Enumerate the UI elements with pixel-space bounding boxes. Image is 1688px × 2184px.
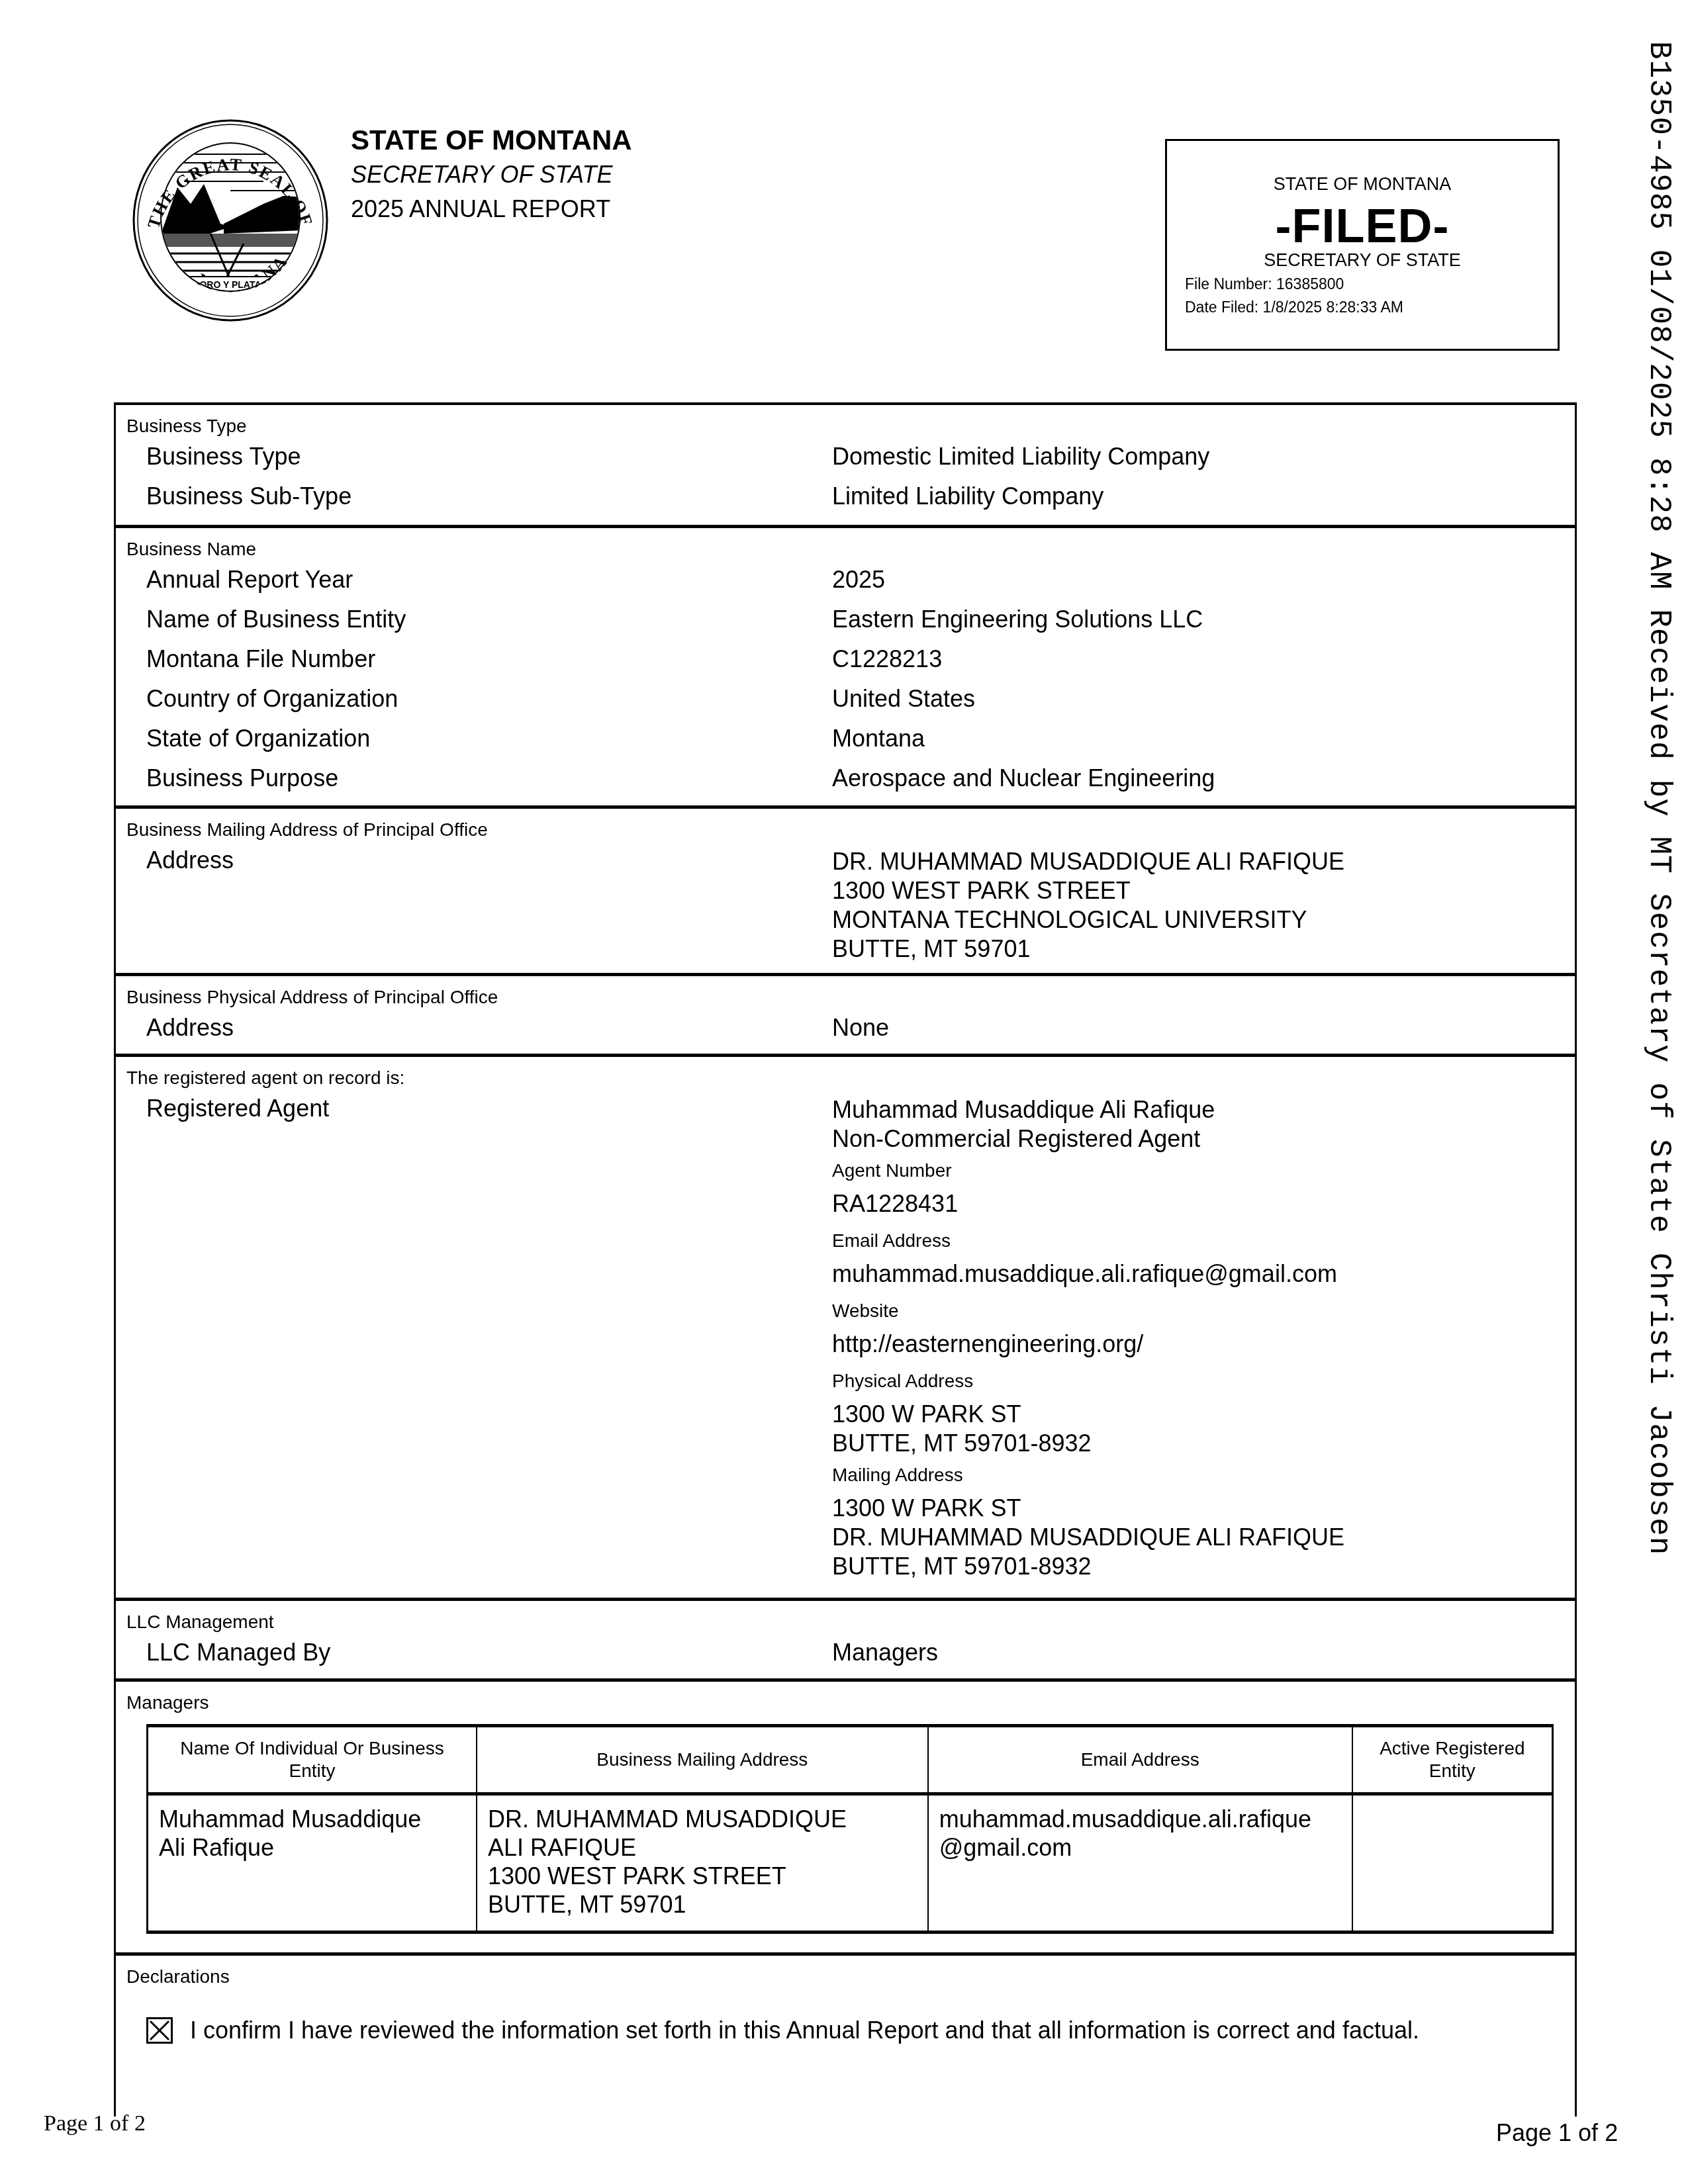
address-line: MONTANA TECHNOLOGICAL UNIVERSITY: [832, 905, 1575, 934]
field-row: Business Purpose Aerospace and Nuclear E…: [116, 758, 1575, 798]
cell-line: Ali Rafique: [159, 1833, 465, 1862]
agent-physical-label: Physical Address: [832, 1364, 1575, 1394]
field-label: Business Type: [116, 437, 832, 477]
cell-line: 1300 WEST PARK STREET: [488, 1862, 917, 1890]
cell-line: muhammad.musaddique.ali.rafique: [939, 1805, 1341, 1833]
field-row: Business Type Domestic Limited Liability…: [116, 437, 1575, 477]
field-row: Montana File Number C1228213: [116, 639, 1575, 679]
agent-website: http://easternengineering.org/: [832, 1324, 1575, 1364]
office-subtitle: SECRETARY OF STATE: [351, 158, 632, 192]
agent-website-label: Website: [832, 1294, 1575, 1324]
section-llc-management: LLC Management LLC Managed By Managers: [116, 1601, 1575, 1682]
field-value: Montana: [832, 719, 1575, 758]
section-title: Business Physical Address of Principal O…: [116, 976, 1575, 1008]
column-header: Business Mailing Address: [477, 1726, 928, 1794]
report-header: STATE OF MONTANA SECRETARY OF STATE 2025…: [351, 123, 632, 226]
field-label: Annual Report Year: [116, 560, 832, 600]
agent-mailing-label: Mailing Address: [832, 1458, 1575, 1488]
receipt-stamp: B1350-4985 01/08/2025 8:28 AM Received b…: [1642, 41, 1676, 1555]
field-value: Eastern Engineering Solutions LLC: [832, 600, 1575, 639]
state-title: STATE OF MONTANA: [351, 123, 632, 158]
section-business-name: Business Name Annual Report Year 2025 Na…: [116, 528, 1575, 809]
address-line: DR. MUHAMMAD MUSADDIQUE ALI RAFIQUE: [832, 1523, 1575, 1552]
address-line: BUTTE, MT 59701-8932: [832, 1429, 1575, 1458]
report-year-title: 2025 ANNUAL REPORT: [351, 192, 632, 226]
column-header: Email Address: [928, 1726, 1352, 1794]
section-title: Managers: [116, 1682, 1575, 1713]
field-row: LLC Managed By Managers: [116, 1633, 1575, 1672]
page-number-left: Page 1 of 2: [44, 2111, 146, 2136]
mailing-address-value: DR. MUHAMMAD MUSADDIQUE ALI RAFIQUE 1300…: [832, 841, 1575, 964]
filed-stamp: STATE OF MONTANA -FILED- SECRETARY OF ST…: [1165, 139, 1560, 351]
state-seal-logo: THE GREAT SEAL OF THE STATE OF MONTANA O…: [131, 118, 330, 323]
filed-date: Date Filed: 1/8/2025 8:28:33 AM: [1185, 298, 1403, 316]
field-value: Domestic Limited Liability Company: [832, 437, 1575, 477]
field-label: Business Purpose: [116, 758, 832, 798]
column-header: Name Of Individual Or Business Entity: [148, 1726, 477, 1794]
field-label: LLC Managed By: [116, 1633, 832, 1672]
registered-agent-details: Muhammad Musaddique Ali Rafique Non-Comm…: [832, 1089, 1575, 1581]
annual-report-form: Business Type Business Type Domestic Lim…: [114, 402, 1577, 2116]
section-managers: Managers Name Of Individual Or Business …: [116, 1682, 1575, 1956]
field-row: Annual Report Year 2025: [116, 560, 1575, 600]
page-number-right: Page 1 of 2: [1496, 2119, 1618, 2147]
address-line: 1300 W PARK ST: [832, 1394, 1575, 1429]
cell-line: DR. MUHAMMAD MUSADDIQUE: [488, 1805, 917, 1833]
agent-email: muhammad.musaddique.ali.rafique@gmail.co…: [832, 1254, 1575, 1294]
field-row: Registered Agent Muhammad Musaddique Ali…: [116, 1089, 1575, 1581]
cell-line: BUTTE, MT 59701: [488, 1890, 917, 1919]
agent-name: Muhammad Musaddique Ali Rafique: [832, 1095, 1575, 1124]
filed-stamp-office: SECRETARY OF STATE: [1167, 250, 1558, 271]
field-row: Name of Business Entity Eastern Engineer…: [116, 600, 1575, 639]
address-line: BUTTE, MT 59701-8932: [832, 1552, 1575, 1581]
field-value: C1228213: [832, 639, 1575, 679]
section-title: Declarations: [116, 1956, 1575, 1987]
section-registered-agent: The registered agent on record is: Regis…: [116, 1057, 1575, 1601]
cell-line: ALI RAFIQUE: [488, 1833, 917, 1862]
section-business-type: Business Type Business Type Domestic Lim…: [116, 405, 1575, 528]
field-label: Country of Organization: [116, 679, 832, 719]
field-label: Business Sub-Type: [116, 477, 832, 516]
x-mark-icon: [148, 2019, 171, 2042]
section-title: The registered agent on record is:: [116, 1057, 1575, 1089]
field-value: Limited Liability Company: [832, 477, 1575, 516]
address-line: 1300 W PARK ST: [832, 1488, 1575, 1523]
field-value: United States: [832, 679, 1575, 719]
field-label: Name of Business Entity: [116, 600, 832, 639]
manager-email-cell: muhammad.musaddique.ali.rafique @gmail.c…: [928, 1794, 1352, 1933]
managers-table: Name Of Individual Or Business Entity Bu…: [146, 1724, 1554, 1934]
field-label: Registered Agent: [116, 1089, 832, 1581]
section-title: Business Name: [116, 528, 1575, 560]
section-mailing-address: Business Mailing Address of Principal Of…: [116, 809, 1575, 976]
cell-line: @gmail.com: [939, 1833, 1341, 1862]
field-row: State of Organization Montana: [116, 719, 1575, 758]
section-physical-address: Business Physical Address of Principal O…: [116, 976, 1575, 1057]
filed-stamp-status: -FILED-: [1167, 199, 1558, 253]
field-row: Address None: [116, 1008, 1575, 1048]
column-header: Active Registered Entity: [1352, 1726, 1553, 1794]
field-label: Address: [116, 1008, 832, 1048]
field-value: Aerospace and Nuclear Engineering: [832, 758, 1575, 798]
address-line: BUTTE, MT 59701: [832, 934, 1575, 964]
cell-line: Muhammad Musaddique: [159, 1805, 465, 1833]
field-label: Address: [116, 841, 832, 964]
field-label: State of Organization: [116, 719, 832, 758]
manager-active-cell: [1352, 1794, 1553, 1933]
declaration-item: I confirm I have reviewed the informatio…: [146, 2017, 1419, 2044]
field-row: Business Sub-Type Limited Liability Comp…: [116, 477, 1575, 516]
address-line: 1300 WEST PARK STREET: [832, 876, 1575, 905]
address-line: DR. MUHAMMAD MUSADDIQUE ALI RAFIQUE: [832, 847, 1575, 876]
field-row: Country of Organization United States: [116, 679, 1575, 719]
filed-stamp-state: STATE OF MONTANA: [1167, 174, 1558, 195]
svg-text:MONTANA: MONTANA: [195, 251, 292, 296]
table-row: Muhammad Musaddique Ali Rafique DR. MUHA…: [148, 1794, 1553, 1933]
declaration-text: I confirm I have reviewed the informatio…: [190, 2017, 1419, 2044]
section-title: Business Mailing Address of Principal Of…: [116, 809, 1575, 841]
manager-address-cell: DR. MUHAMMAD MUSADDIQUE ALI RAFIQUE 1300…: [477, 1794, 928, 1933]
manager-name-cell: Muhammad Musaddique Ali Rafique: [148, 1794, 477, 1933]
filed-file-number: File Number: 16385800: [1185, 275, 1344, 293]
table-header-row: Name Of Individual Or Business Entity Bu…: [148, 1726, 1553, 1794]
agent-number-label: Agent Number: [832, 1154, 1575, 1184]
agent-number: RA1228431: [832, 1184, 1575, 1224]
section-title: LLC Management: [116, 1601, 1575, 1633]
field-value: Managers: [832, 1633, 1575, 1672]
section-title: Business Type: [116, 405, 1575, 437]
agent-email-label: Email Address: [832, 1224, 1575, 1254]
field-label: Montana File Number: [116, 639, 832, 679]
field-value: 2025: [832, 560, 1575, 600]
declaration-checkbox[interactable]: [146, 2017, 173, 2044]
field-row: Address DR. MUHAMMAD MUSADDIQUE ALI RAFI…: [116, 841, 1575, 964]
section-declarations: Declarations I confirm I have reviewed t…: [116, 1956, 1575, 2115]
agent-type: Non-Commercial Registered Agent: [832, 1124, 1575, 1154]
field-value: None: [832, 1008, 1575, 1048]
